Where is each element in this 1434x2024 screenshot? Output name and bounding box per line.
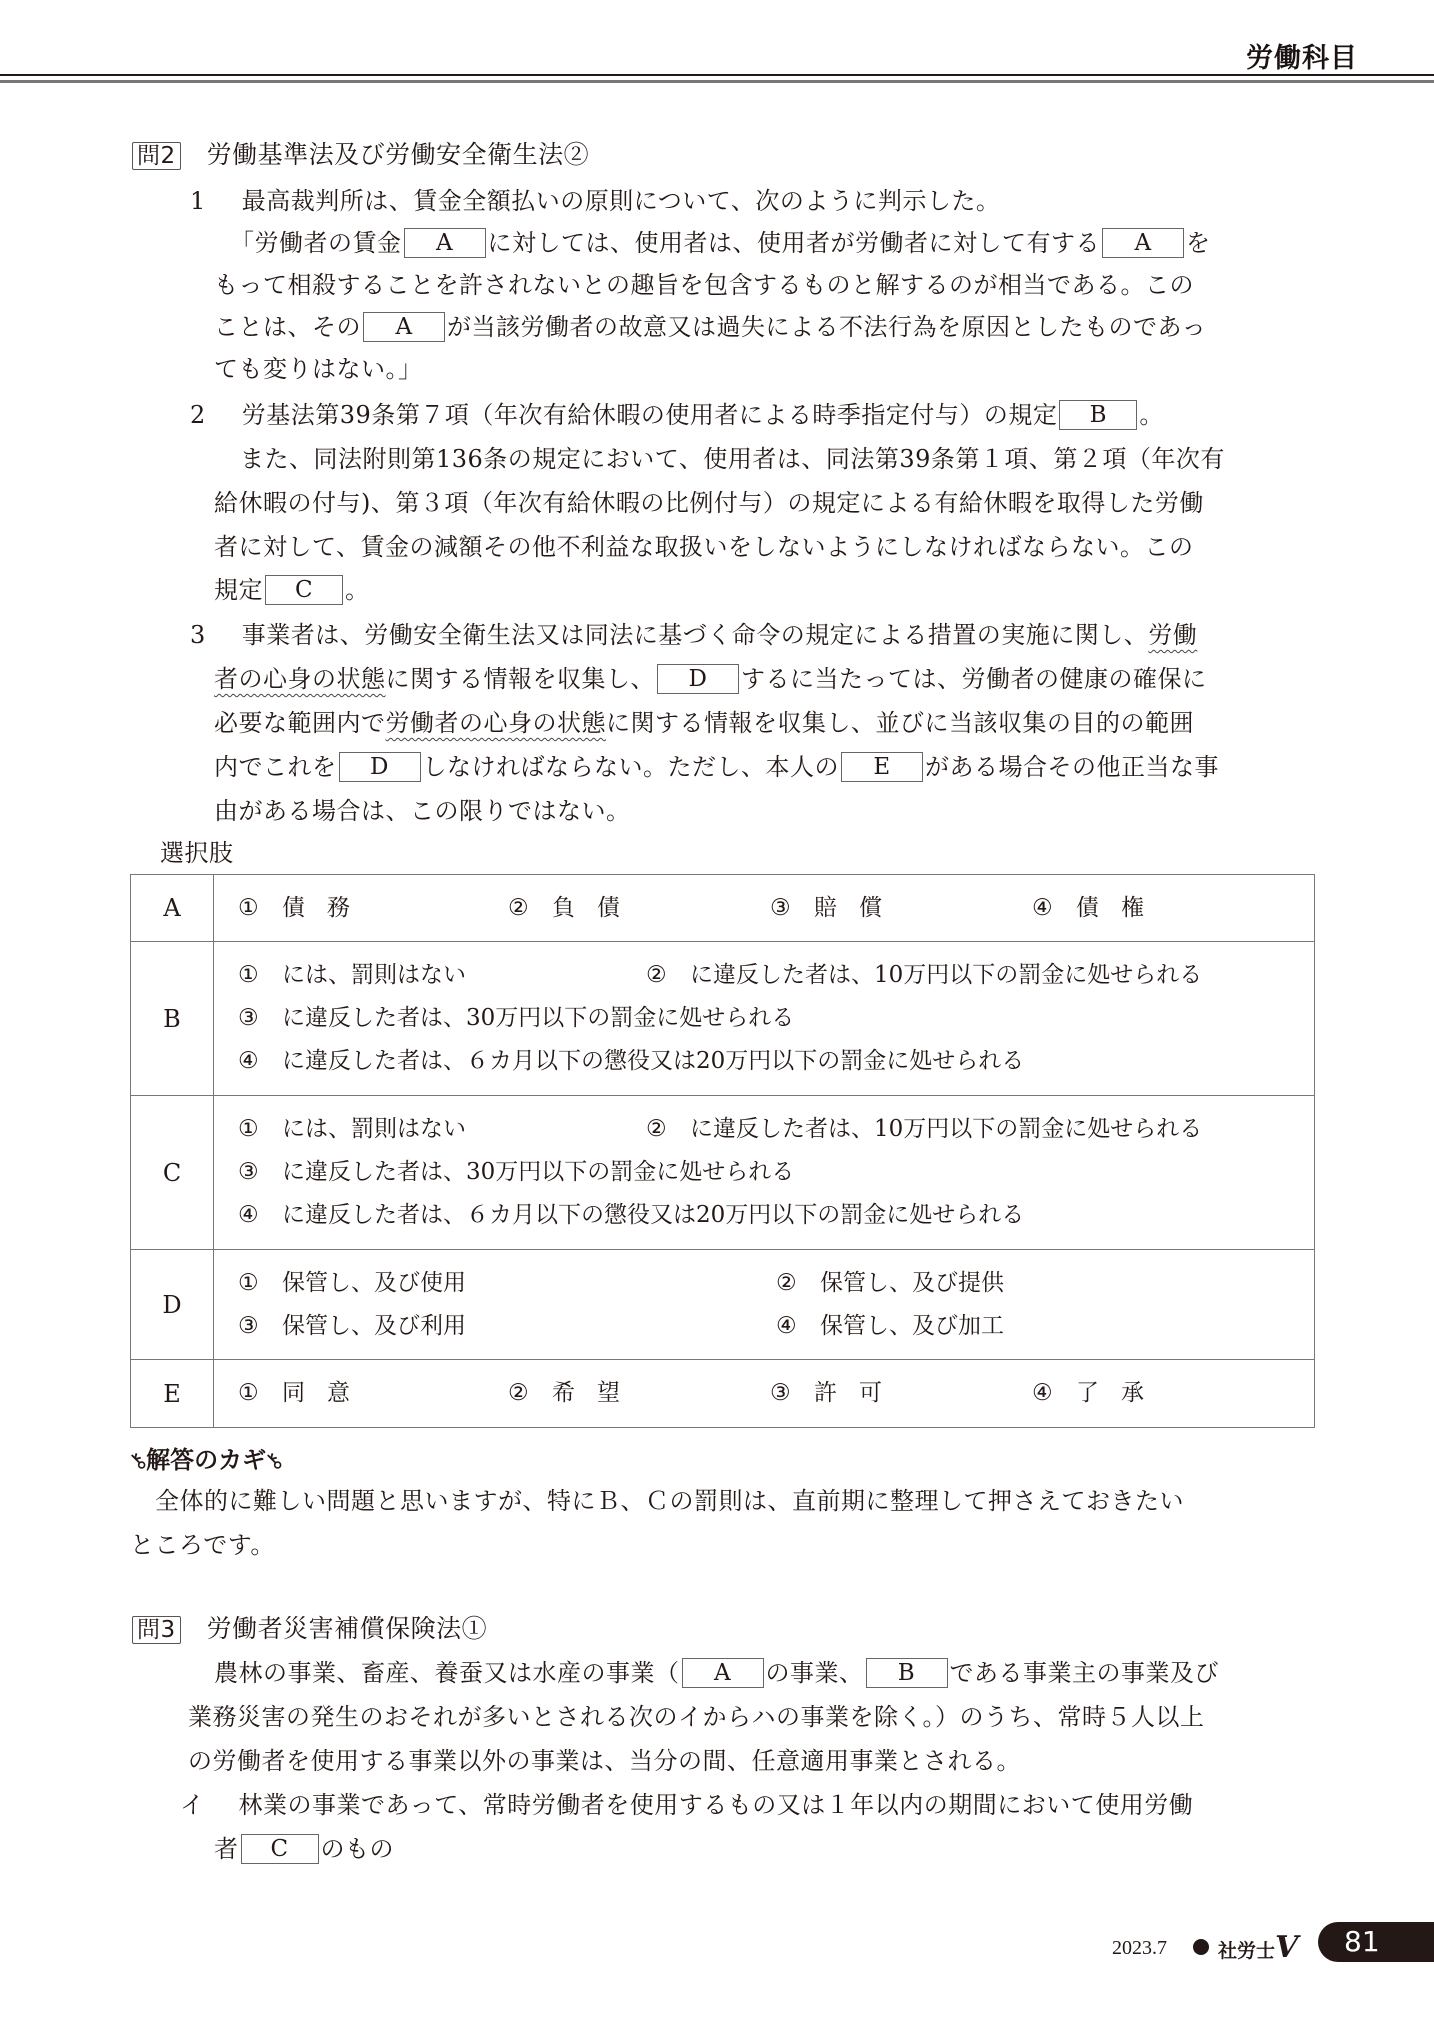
- q3-item-i-line-2: 者Cのもの: [214, 1834, 394, 1866]
- item-1-line-4: ても変りはない。」: [214, 354, 423, 384]
- choice-option: に違反した者は、６カ月以下の懲役又は20万円以下の罰金に処せられる: [282, 1048, 1024, 1074]
- question-title: 労働基準法及び労働安全衛生法②: [207, 140, 590, 169]
- choice-option: 保管し、及び利用: [282, 1313, 466, 1339]
- choice-row-b: B ①には、罰則はない ②に違反した者は、10万円以下の罰金に処せられる ③に違…: [131, 942, 1315, 1096]
- item-2-line-1: 2労基法第39条第７項（年次有給休暇の使用者による時季指定付与）の規定B。: [190, 400, 1164, 432]
- choice-option: 負債: [552, 895, 642, 921]
- choice-option: 債権: [1076, 895, 1166, 921]
- item-2-line-3: 給休暇の付与)、第３項（年次有給休暇の比例付与）の規定による有給休暇を取得した労…: [214, 488, 1204, 518]
- choice-option: 保管し、及び使用: [282, 1270, 466, 1296]
- hint-heading: ⚷解答のカギ⚷: [130, 1440, 282, 1475]
- choice-option: 賠償: [814, 895, 904, 921]
- question-title: 労働者災害補償保険法①: [207, 1614, 488, 1643]
- choice-option: 保管し、及び加工: [820, 1313, 1004, 1339]
- header-rule: [0, 74, 1434, 76]
- item-3-line-2: 者の心身の状態に関する情報を収集し、Dするに当たっては、労働者の健康の確保に: [214, 664, 1207, 696]
- blank-b: B: [866, 1658, 948, 1688]
- choice-row-label: C: [131, 1096, 214, 1250]
- blank-c: C: [241, 1834, 319, 1864]
- choice-row-d: D ①保管し、及び使用 ②保管し、及び提供 ③保管し、及び利用 ④保管し、及び加…: [131, 1250, 1315, 1360]
- choice-option: には、罰則はない: [282, 1116, 466, 1142]
- question-3-heading: 問3労働者災害補償保険法①: [132, 1614, 487, 1644]
- item-1-line-2: もって相殺することを許されないとの趣旨を包含するものと解するのが相当である。この: [214, 270, 1194, 300]
- choice-option: 許可: [814, 1380, 904, 1406]
- q3-line-2: 業務災害の発生のおそれが多いとされる次のイからハの事業を除く。）のうち、常時５人…: [188, 1702, 1205, 1732]
- choice-row-e: E ①同意 ②希望 ③許可 ④了承: [131, 1360, 1315, 1428]
- section-title: 労働科目: [1246, 36, 1358, 75]
- choices-table: A ①債務 ②負債 ③賠償 ④債権 B ①には、罰則はない ②に違反した者は、1…: [130, 874, 1315, 1428]
- choice-option: 保管し、及び提供: [820, 1270, 1004, 1296]
- page-number: 81: [1318, 1922, 1434, 1962]
- q3-line-3: の労働者を使用する事業以外の事業は、当分の間、任意適用事業とされる。: [188, 1746, 1021, 1776]
- item-1-line-1: 「労働者の賃金Aに対しては、使用者は、使用者が労働者に対して有するAを: [230, 228, 1211, 260]
- blank-a: A: [404, 228, 486, 258]
- item-2-line-5: 規定C。: [214, 575, 370, 607]
- item-3-line-1: 3事業者は、労働安全衛生法又は同法に基づく命令の規定による措置の実施に関し、労働: [190, 620, 1197, 650]
- choice-option: 同意: [282, 1380, 372, 1406]
- question-badge: 問2: [132, 142, 181, 170]
- choice-option: 了承: [1076, 1380, 1166, 1406]
- choice-option: に違反した者は、６カ月以下の懲役又は20万円以下の罰金に処せられる: [282, 1202, 1024, 1228]
- wavy-underline-text: 労働者の心身の状態: [386, 709, 607, 737]
- blank-c: C: [265, 575, 343, 605]
- blank-e: E: [841, 752, 923, 782]
- q3-line-1: 農林の事業、畜産、養蚕又は水産の事業（Aの事業、Bである事業主の事業及び: [214, 1658, 1219, 1690]
- issue-date: 2023.7: [1112, 1937, 1167, 1960]
- choice-row-c: C ①には、罰則はない ②に違反した者は、10万円以下の罰金に処せられる ③に違…: [131, 1096, 1315, 1250]
- item-2-line-4: 者に対して、賃金の減額その他不利益な取扱いをしないようにしなければならない。この: [214, 532, 1194, 562]
- blank-a: A: [1102, 228, 1184, 258]
- question-badge: 問3: [132, 1616, 181, 1644]
- blank-d: D: [339, 752, 421, 782]
- item-3-line-5: 由がある場合は、この限りではない。: [214, 796, 631, 826]
- item-2-line-2: また、同法附則第136条の規定において、使用者は、同法第39条第１項、第２項（年…: [240, 444, 1225, 474]
- blank-a: A: [682, 1658, 764, 1688]
- item-3-line-3: 必要な範囲内で労働者の心身の状態に関する情報を収集し、並びに当該収集の目的の範囲: [214, 708, 1194, 738]
- q3-item-i-line-1: イ林業の事業であって、常時労働者を使用するもの又は１年以内の期間において使用労働: [180, 1790, 1193, 1820]
- hint-body-line-1: 全体的に難しい問題と思いますが、特にＢ、Ｃの罰則は、直前期に整理して押さえておき…: [155, 1486, 1184, 1516]
- header-rule-secondary: [0, 80, 1434, 83]
- choice-option: 債務: [282, 895, 372, 921]
- wavy-underline-text: 者の心身の状態: [214, 665, 386, 693]
- choice-row-label: B: [131, 942, 214, 1096]
- choice-option: 希望: [552, 1380, 642, 1406]
- blank-b: B: [1059, 400, 1137, 430]
- item-1-intro: 1最高裁判所は、賃金全額払いの原則について、次のように判示した。: [190, 186, 1000, 216]
- choice-option: に違反した者は、30万円以下の罰金に処せられる: [282, 1159, 794, 1185]
- choices-label: 選択肢: [160, 838, 234, 868]
- choice-option: に違反した者は、10万円以下の罰金に処せられる: [690, 962, 1202, 988]
- choice-option: に違反した者は、10万円以下の罰金に処せられる: [690, 1116, 1202, 1142]
- wavy-underline-text: 労働: [1148, 621, 1197, 649]
- bullet-dot: [1193, 1939, 1209, 1955]
- hint-body-line-2: ところです。: [130, 1530, 275, 1560]
- choice-row-label: E: [131, 1360, 214, 1428]
- choice-row-a: A ①債務 ②負債 ③賠償 ④債権: [131, 875, 1315, 942]
- blank-d: D: [657, 664, 739, 694]
- magazine-logo: 社労士V: [1218, 1930, 1298, 1965]
- blank-a: A: [363, 312, 445, 342]
- item-1-line-3: ことは、そのAが当該労働者の故意又は過失による不法行為を原因としたものであっ: [214, 312, 1206, 344]
- choice-option: に違反した者は、30万円以下の罰金に処せられる: [282, 1005, 794, 1031]
- question-2-heading: 問2労働基準法及び労働安全衛生法②: [132, 140, 589, 170]
- item-3-line-4: 内でこれをDしなければならない。ただし、本人のEがある場合その他正当な事: [214, 752, 1219, 784]
- choice-row-label: D: [131, 1250, 214, 1360]
- choice-row-label: A: [131, 875, 214, 942]
- choice-option: には、罰則はない: [282, 962, 466, 988]
